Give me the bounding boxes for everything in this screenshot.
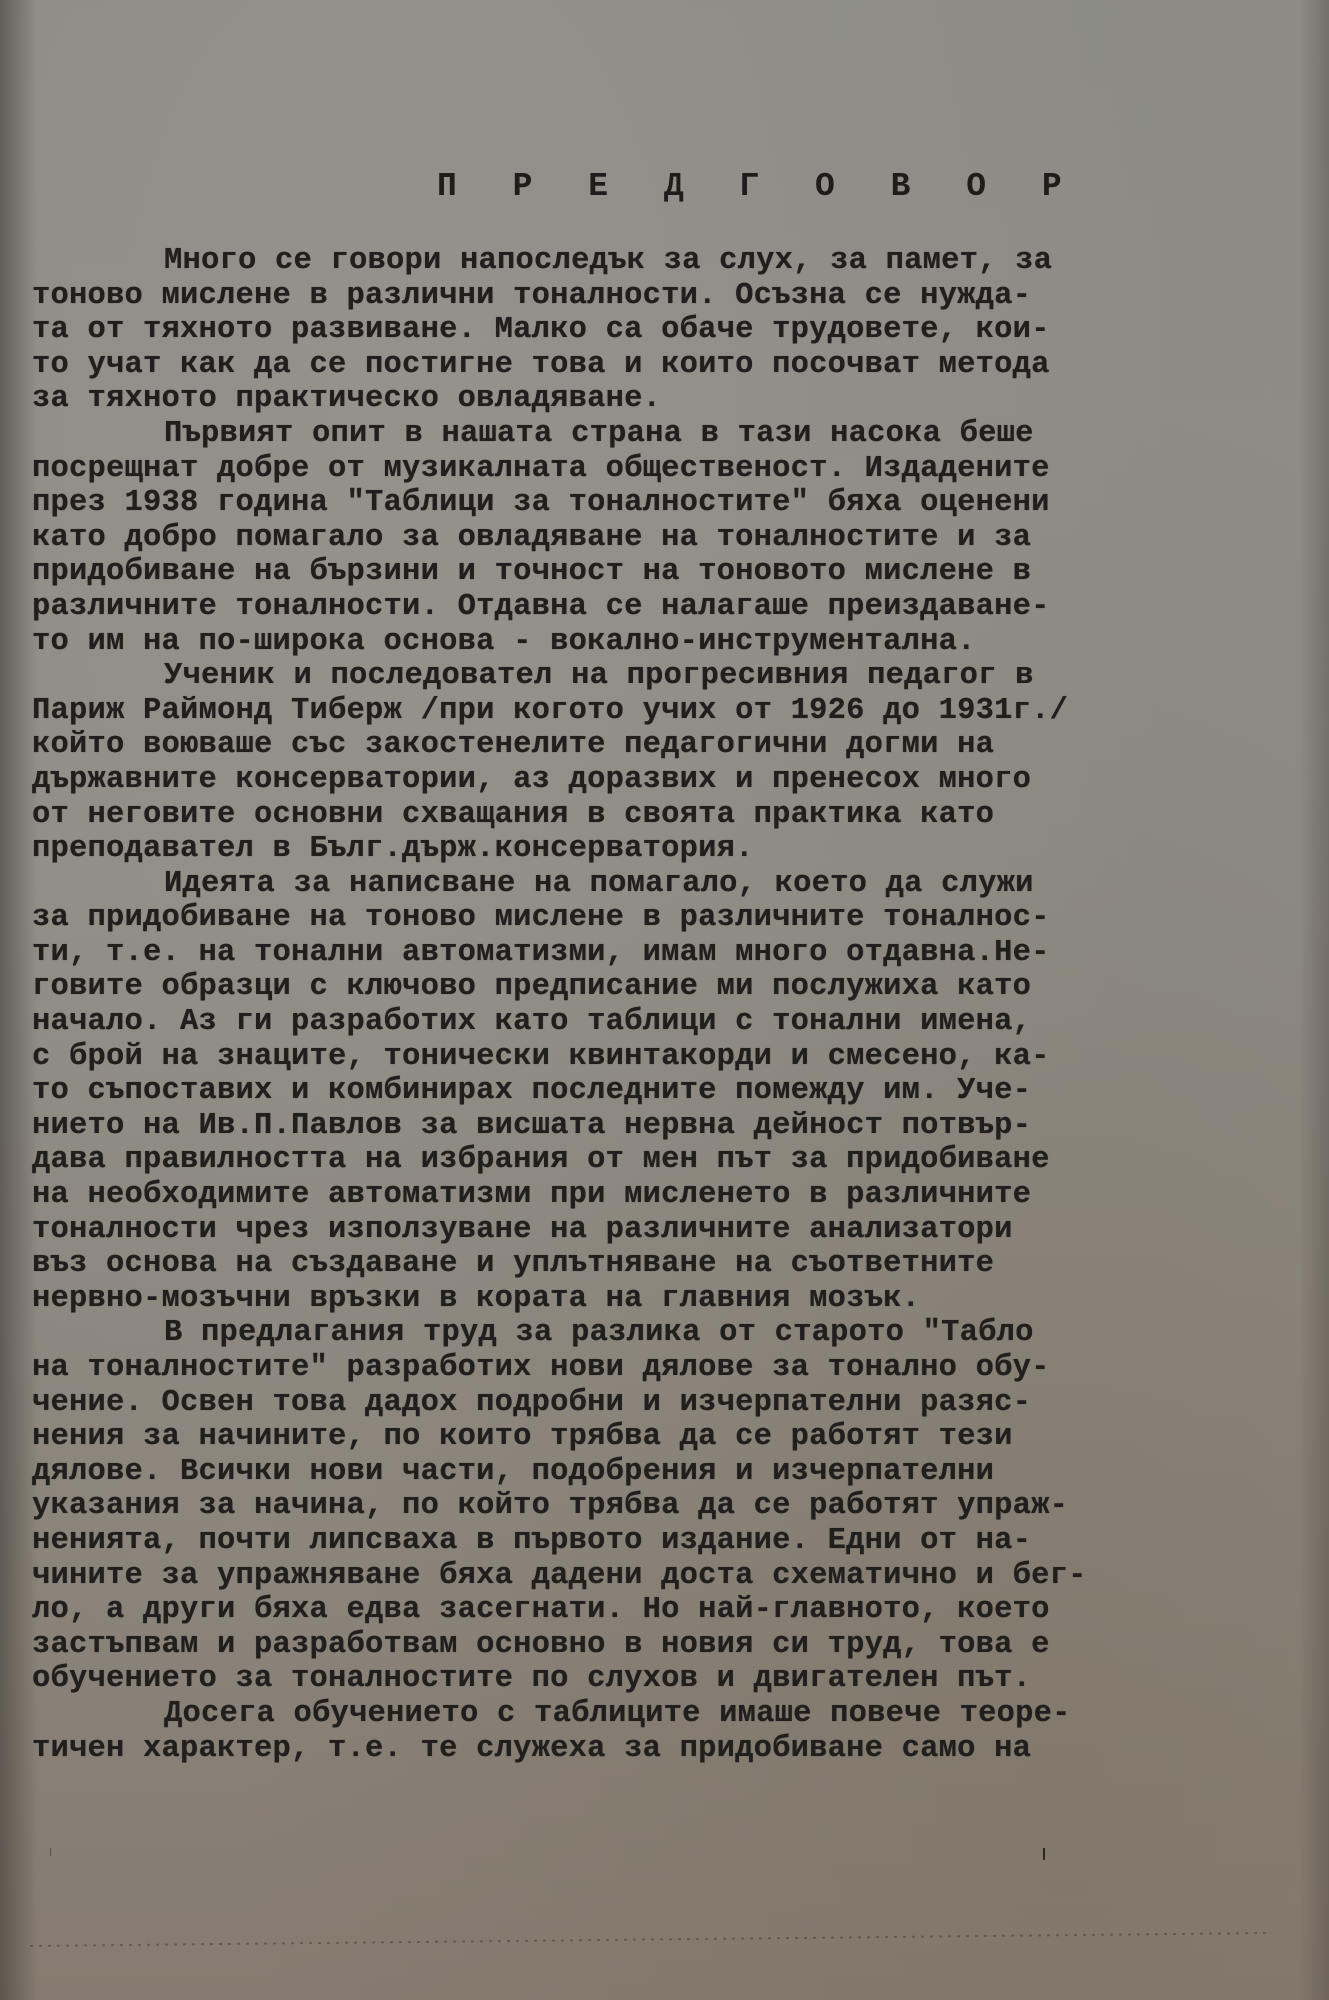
text-line: на необходимите автоматизми при мисленет… bbox=[32, 1178, 1312, 1213]
text-line: който воюваше със закостенелите педагоги… bbox=[32, 728, 1312, 763]
text-line: тичен характер, т.е. те служеха за придо… bbox=[32, 1732, 1312, 1767]
text-line: то им на по-широка основа - вокално-инст… bbox=[32, 625, 1312, 660]
text-line: то учат как да се постигне това и които … bbox=[32, 348, 1312, 383]
text-line: дялове. Всички нови части, подобрения и … bbox=[32, 1455, 1312, 1490]
text-line: ло, а други бяха едва засегнати. Но най-… bbox=[32, 1593, 1312, 1628]
text-line: начало. Аз ги разработих като таблици с … bbox=[32, 1005, 1312, 1040]
text-line: за придобиване на тоново мислене в разли… bbox=[32, 901, 1312, 936]
document-body: Много се говори напоследък за слух, за п… bbox=[32, 244, 1312, 1766]
text-line: през 1938 година "Таблици за тоналностит… bbox=[32, 486, 1312, 521]
text-line: като добро помагало за овладяване на тон… bbox=[32, 521, 1312, 556]
text-line: застъпвам и разработвам основно в новия … bbox=[32, 1628, 1312, 1663]
paragraph: Идеята за написване на помагало, което д… bbox=[32, 867, 1312, 1317]
paragraph: В предлагания труд за разлика от старото… bbox=[32, 1316, 1312, 1697]
text-line: нието на Ив.П.Павлов за висшата нервна д… bbox=[32, 1109, 1312, 1144]
text-line: ти, т.е. на тонални автоматизми, имам мн… bbox=[32, 936, 1312, 971]
text-line: на тоналностите" разработих нови дялове … bbox=[32, 1351, 1312, 1386]
document-page: П Р Е Д Г О В О Р Много се говори напосл… bbox=[0, 0, 1329, 2000]
paragraph: Ученик и последовател на прогресивния пе… bbox=[32, 659, 1312, 867]
text-line: Много се говори напоследък за слух, за п… bbox=[32, 244, 1312, 279]
text-line: преподавател в Бълг.държ.консерватория. bbox=[32, 832, 1312, 867]
text-line: говите образци с ключово предписание ми … bbox=[32, 970, 1312, 1005]
text-line: тоналности чрез използуване на различнит… bbox=[32, 1213, 1312, 1248]
text-line: чение. Освен това дадох подробни и изчер… bbox=[32, 1386, 1312, 1421]
text-line: то съпоставих и комбинирах последните по… bbox=[32, 1074, 1312, 1109]
text-line: нения за начините, по които трябва да се… bbox=[32, 1420, 1312, 1455]
text-line: за тяхното практическо овладяване. bbox=[32, 382, 1312, 417]
text-line: та от тяхното развиване. Малко са обаче … bbox=[32, 313, 1312, 348]
paragraph: Много се говори напоследък за слух, за п… bbox=[32, 244, 1312, 417]
text-line: обучението за тоналностите по слухов и д… bbox=[32, 1662, 1312, 1697]
text-line: въз основа на създаване и уплътняване на… bbox=[32, 1247, 1312, 1282]
text-line: с брой на знаците, тонически квинтакорди… bbox=[32, 1040, 1312, 1075]
text-line: Първият опит в нашата страна в тази насо… bbox=[32, 417, 1312, 452]
text-line: Досега обучението с таблиците имаше пове… bbox=[32, 1697, 1312, 1732]
text-line: държавните консерватории, аз доразвих и … bbox=[32, 763, 1312, 798]
text-line: тоново мислене в различни тоналности. Ос… bbox=[32, 279, 1312, 314]
text-line: чините за упражняване бяха дадени доста … bbox=[32, 1559, 1312, 1594]
page-title: П Р Е Д Г О В О Р bbox=[0, 168, 1329, 205]
text-line: Ученик и последовател на прогресивния пе… bbox=[32, 659, 1312, 694]
text-line: дава правилността на избрания от мен път… bbox=[32, 1143, 1312, 1178]
text-line: Идеята за написване на помагало, което д… bbox=[32, 867, 1312, 902]
paragraph: Досега обучението с таблиците имаше пове… bbox=[32, 1697, 1312, 1766]
text-line: от неговите основни схващания в своята п… bbox=[32, 798, 1312, 833]
text-line: различните тоналности. Отдавна се налага… bbox=[32, 590, 1312, 625]
faint-dotted-line bbox=[30, 1932, 1270, 1947]
paragraph: Първият опит в нашата страна в тази насо… bbox=[32, 417, 1312, 659]
text-line: В предлагания труд за разлика от старото… bbox=[32, 1316, 1312, 1351]
text-line: указания за начина, по който трябва да с… bbox=[32, 1489, 1312, 1524]
stray-ink-mark bbox=[50, 1848, 51, 1856]
text-line: ненията, почти липсваха в първото издани… bbox=[32, 1524, 1312, 1559]
text-line: Париж Раймонд Тиберж /при когото учих от… bbox=[32, 694, 1312, 729]
text-line: нервно-мозъчни връзки в кората на главни… bbox=[32, 1282, 1312, 1317]
stray-ink-mark bbox=[1043, 1848, 1045, 1860]
text-line: придобиване на бързини и точност на тоно… bbox=[32, 555, 1312, 590]
text-line: посрещнат добре от музикалната обществен… bbox=[32, 452, 1312, 487]
